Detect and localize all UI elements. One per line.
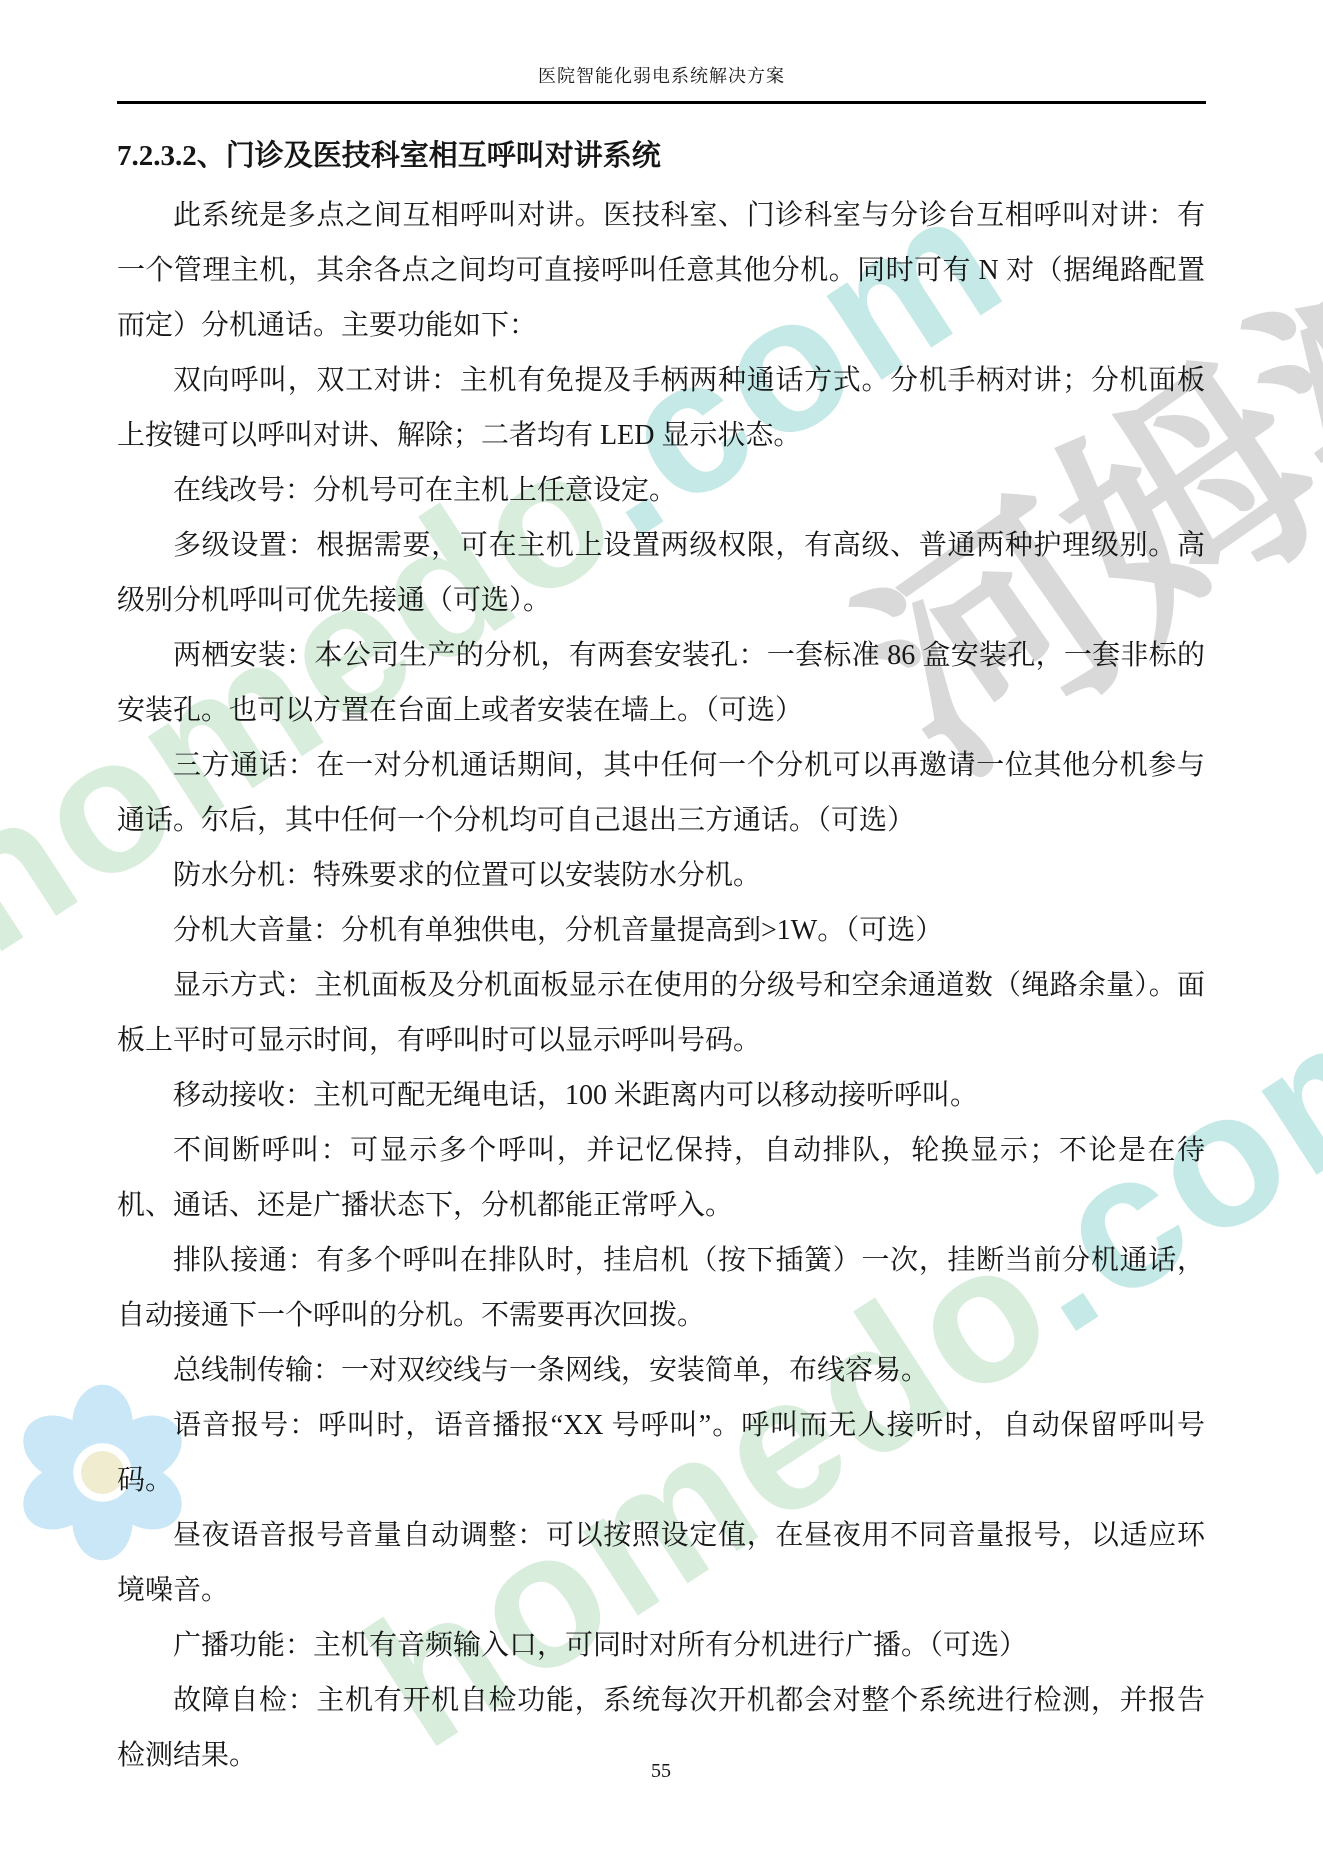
document-body: 此系统是多点之间互相呼叫对讲。医技科室、门诊科室与分诊台互相呼叫对讲：有一个管理… (117, 188, 1205, 1783)
paragraph: 防水分机：特殊要求的位置可以安装防水分机。 (117, 848, 1205, 903)
page-number: 55 (117, 1760, 1205, 1783)
paragraph: 昼夜语音报号音量自动调整：可以按照设定值，在昼夜用不同音量报号，以适应环境噪音。 (117, 1508, 1205, 1618)
paragraph: 总线制传输：一对双绞线与一条网线，安装简单，布线容易。 (117, 1343, 1205, 1398)
paragraph: 显示方式：主机面板及分机面板显示在使用的分级号和空余通道数（绳路余量）。面板上平… (117, 958, 1205, 1068)
paragraph: 在线改号：分机号可在主机上任意设定。 (117, 463, 1205, 518)
section-heading: 7.2.3.2、门诊及医技科室相互呼叫对讲系统 (117, 133, 661, 174)
paragraph: 此系统是多点之间互相呼叫对讲。医技科室、门诊科室与分诊台互相呼叫对讲：有一个管理… (117, 188, 1205, 353)
paragraph: 多级设置：根据需要，可在主机上设置两级权限，有高级、普通两种护理级别。高级别分机… (117, 518, 1205, 628)
paragraph: 不间断呼叫：可显示多个呼叫，并记忆保持，自动排队，轮换显示；不论是在待机、通话、… (117, 1123, 1205, 1233)
paragraph: 三方通话：在一对分机通话期间，其中任何一个分机可以再邀请一位其他分机参与通话。尔… (117, 738, 1205, 848)
document-content: 医院智能化弱电系统解决方案 7.2.3.2、门诊及医技科室相互呼叫对讲系统 此系… (0, 0, 1323, 1871)
page-header-title: 医院智能化弱电系统解决方案 (0, 62, 1323, 88)
paragraph: 语音报号：呼叫时，语音播报“XX 号呼叫”。呼叫而无人接听时，自动保留呼叫号码。 (117, 1398, 1205, 1508)
header-divider-line (117, 101, 1206, 104)
paragraph: 广播功能：主机有音频输入口，可同时对所有分机进行广播。（可选） (117, 1618, 1205, 1673)
paragraph: 两栖安装：本公司生产的分机，有两套安装孔：一套标准 86 盒安装孔，一套非标的安… (117, 628, 1205, 738)
paragraph: 排队接通：有多个呼叫在排队时，挂启机（按下插簧）一次，挂断当前分机通话，自动接通… (117, 1233, 1205, 1343)
paragraph: 移动接收：主机可配无绳电话，100 米距离内可以移动接听呼叫。 (117, 1068, 1205, 1123)
paragraph: 分机大音量：分机有单独供电，分机音量提高到>1W。（可选） (117, 903, 1205, 958)
document-page: homedo.com homedo.com 河姆渡 医院智能化弱电系统解决方案 … (0, 0, 1323, 1871)
paragraph: 双向呼叫，双工对讲：主机有免提及手柄两种通话方式。分机手柄对讲；分机面板上按键可… (117, 353, 1205, 463)
